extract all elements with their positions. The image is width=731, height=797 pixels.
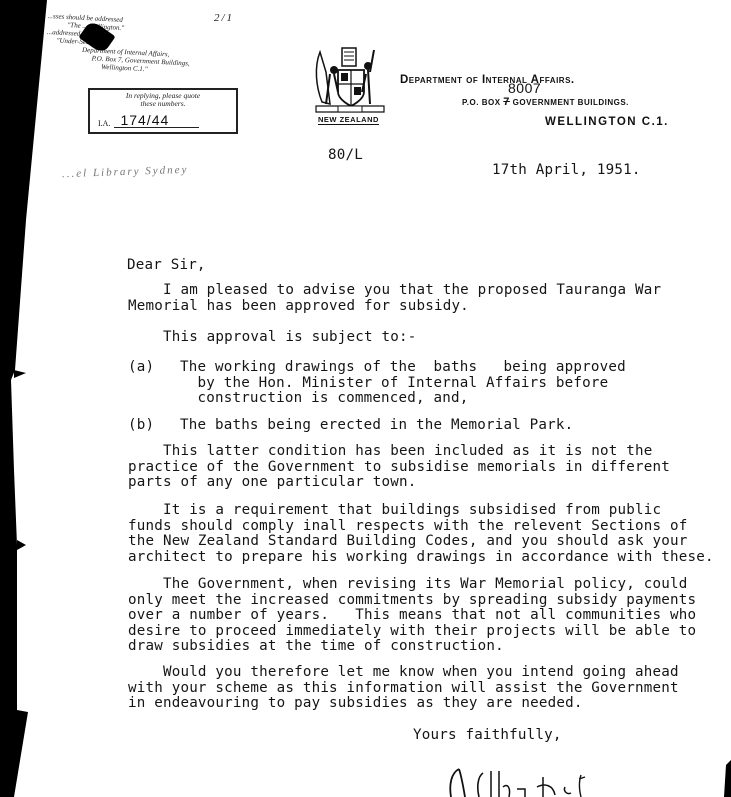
corner-mark: 2/1 <box>214 12 234 24</box>
text-line: desire to proceed immediately with their… <box>128 624 696 640</box>
condition-a-marker: (a) <box>128 360 154 376</box>
address-stamp: ...sses should be addressed "The ... Wel… <box>46 12 226 68</box>
po-box-suffix: GOVERNMENT BUILDINGS. <box>513 98 629 107</box>
po-box-line: P.O. BOX 7 GOVERNMENT BUILDINGS. <box>462 96 629 108</box>
text-line: the New Zealand Standard Building Codes,… <box>128 534 714 550</box>
paragraph-request: Would you therefore let me know when you… <box>128 665 679 712</box>
text-line: The working drawings of the baths being … <box>180 360 626 376</box>
po-box-struck-number: 7 <box>503 96 510 108</box>
reference-prefix: I.A. <box>98 119 110 128</box>
paragraph-policy: The Government, when revising its War Me… <box>128 577 696 655</box>
text-line: It is a requirement that buildings subsi… <box>128 503 714 519</box>
paragraph-approval: I am pleased to advise you that the prop… <box>128 283 661 314</box>
text-line: Memorial has been approved for subsidy. <box>128 299 661 315</box>
text-line: The Government, when revising its War Me… <box>128 577 696 593</box>
reference-box: In replying, please quote these numbers.… <box>88 88 238 134</box>
condition-b: The baths being erected in the Memorial … <box>180 418 573 434</box>
text-line: with your scheme as this information wil… <box>128 681 679 697</box>
salutation: Dear Sir, <box>127 258 206 274</box>
text-line: in endeavouring to pay subsidies as they… <box>128 696 679 712</box>
text-line: over a number of years. This means that … <box>128 608 696 624</box>
text-line: funds should comply inall respects with … <box>128 519 714 535</box>
po-box-handwritten-number: 8007 <box>508 80 541 96</box>
paragraph-latter-condition: This latter condition has been included … <box>128 444 670 491</box>
text-line: Would you therefore let me know when you… <box>128 665 679 681</box>
text-line: parts of any one particular town. <box>128 475 670 491</box>
reference-note: In replying, please quote these numbers. <box>90 92 236 108</box>
file-reference: 80/L <box>328 148 363 164</box>
coat-of-arms-icon <box>312 42 388 122</box>
stamp-line: Wellington C.1." <box>101 63 148 73</box>
paragraph-subject-to: This approval is subject to:- <box>128 330 416 346</box>
text-line: architect to prepare his working drawing… <box>128 550 714 566</box>
department-name: Department of Internal Affairs. <box>400 74 575 86</box>
condition-b-marker: (b) <box>128 418 154 434</box>
text-line: by the Hon. Minister of Internal Affairs… <box>180 376 626 392</box>
handwritten-addressee: ...el Library Sydney <box>62 164 189 180</box>
reference-number: 174/44 <box>114 113 199 128</box>
text-line: practice of the Government to subsidise … <box>128 460 670 476</box>
text-line: I am pleased to advise you that the prop… <box>128 283 661 299</box>
signature <box>445 765 615 797</box>
text-line: This approval is subject to:- <box>128 330 416 346</box>
condition-a: The working drawings of the baths being … <box>180 360 626 407</box>
crest-label: NEW ZEALAND <box>318 115 379 125</box>
text-line: only meet the increased commitments by s… <box>128 593 696 609</box>
text-line: construction is commenced, and, <box>180 391 626 407</box>
text-line: The baths being erected in the Memorial … <box>180 418 573 434</box>
city: WELLINGTON C.1. <box>545 116 669 128</box>
letter-date: 17th April, 1951. <box>492 163 641 179</box>
closing: Yours faithfully, <box>413 728 562 744</box>
text-line: This latter condition has been included … <box>128 444 670 460</box>
paragraph-building-codes: It is a requirement that buildings subsi… <box>128 503 714 565</box>
text-line: draw subsidies at the time of constructi… <box>128 639 696 655</box>
po-box-prefix: P.O. BOX <box>462 98 501 107</box>
